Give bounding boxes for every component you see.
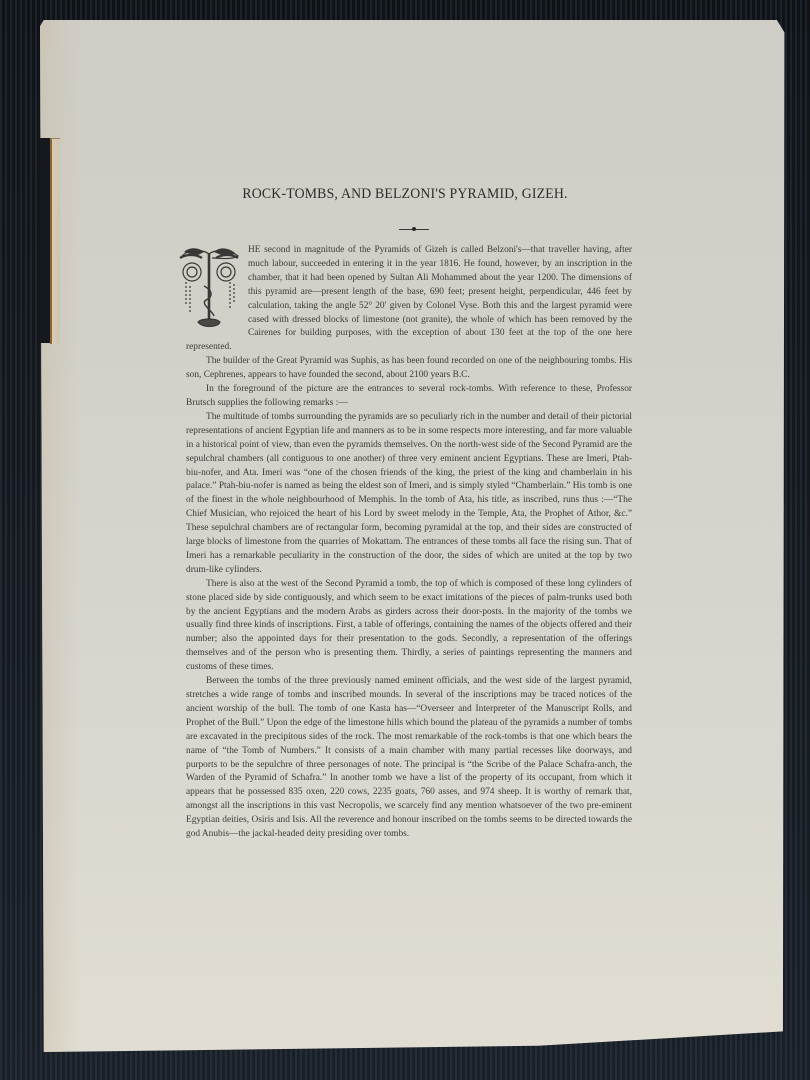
page-tear-gap bbox=[40, 138, 50, 343]
ornamental-initial-t-icon bbox=[176, 246, 242, 332]
paragraph-1: HE second in magnitude of the Pyramids o… bbox=[186, 244, 632, 355]
page-title: ROCK-TOMBS, AND BELZONI'S PYRAMID, GIZEH… bbox=[32, 186, 777, 203]
paragraph-2: The builder of the Great Pyramid was Sup… bbox=[186, 355, 632, 383]
torn-stained-edge bbox=[50, 138, 60, 344]
paragraph-5: There is also at the west of the Second … bbox=[186, 578, 632, 675]
article-body: HE second in magnitude of the Pyramids o… bbox=[186, 244, 632, 842]
paragraph-4: The multitude of tombs surrounding the p… bbox=[186, 411, 632, 578]
title-divider-dot-icon bbox=[412, 227, 416, 231]
paragraph-6: Between the tombs of the three previousl… bbox=[186, 675, 632, 842]
paragraph-1-text: HE second in magnitude of the Pyramids o… bbox=[186, 245, 632, 352]
paragraph-3: In the foreground of the picture are the… bbox=[186, 383, 632, 411]
